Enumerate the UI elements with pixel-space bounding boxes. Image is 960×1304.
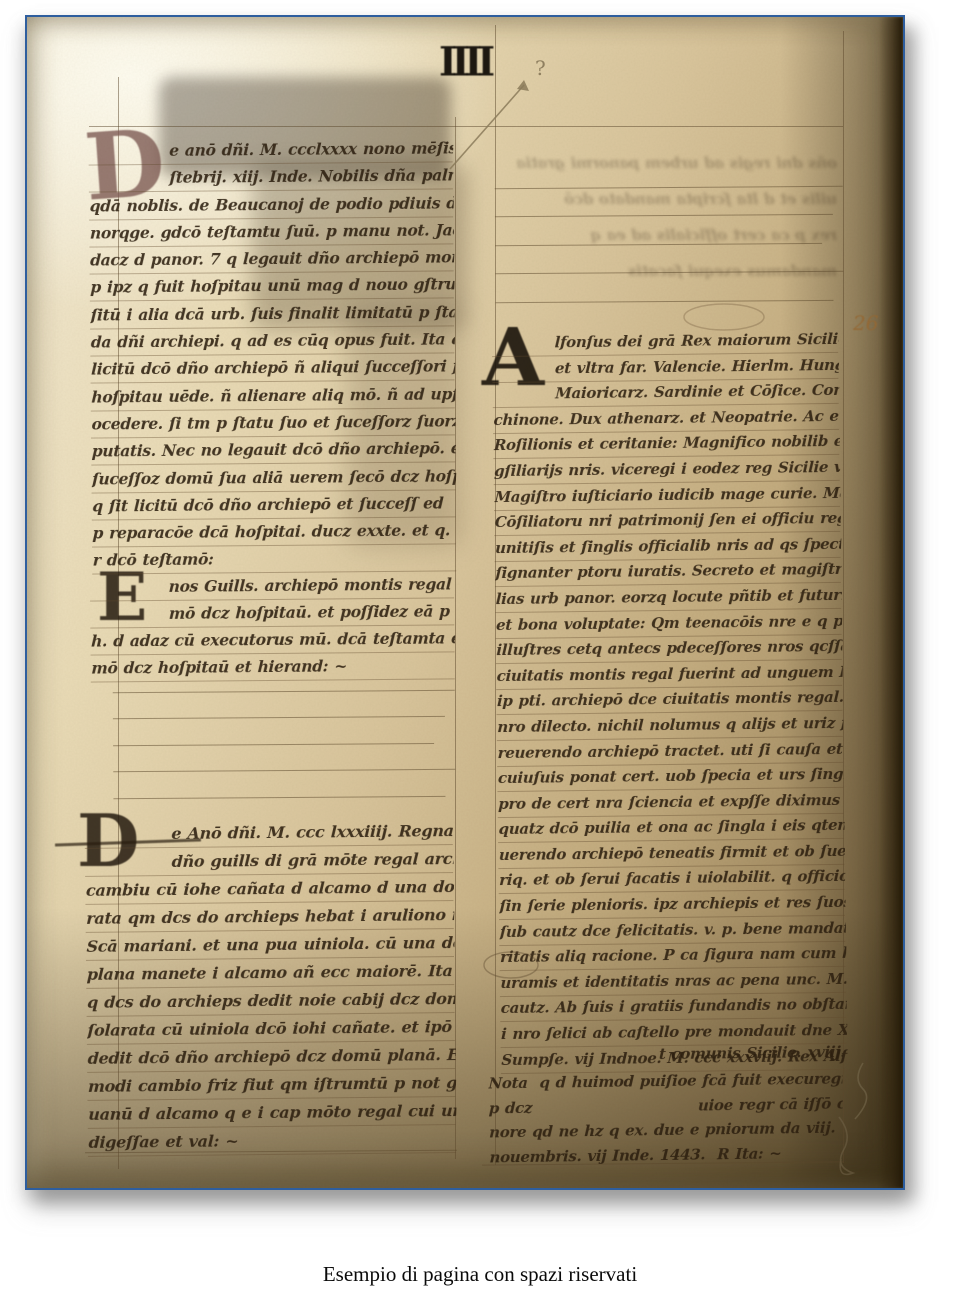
script-line: plana manete i alcamo añ ecc maiorē. Ita… xyxy=(86,957,455,989)
script-line: lias urb panor. eorzq locute pñtib et fu… xyxy=(495,583,842,613)
script-line: dño guills di grā mōte regal archieps fe… xyxy=(85,845,454,877)
reserved-blank-line xyxy=(113,717,435,746)
script-line: h. d adaz cū executorus mū. dcā teſtamta… xyxy=(91,625,456,655)
arrow-icon xyxy=(517,80,529,91)
reserved-blank-line xyxy=(495,243,843,274)
script-line: modi cambio friz fiut qm iſtrumtū p not … xyxy=(87,1069,456,1101)
right-column-nota-block: Nota q d huimod puiſioe fcā fuit execure… xyxy=(488,1067,843,1170)
script-line: p reparacōe dcā hoſpitai. ducz exxte. et… xyxy=(92,518,457,548)
script-line: q ſit licitū dcō dño archiepō et ſucceſſ… xyxy=(92,490,457,520)
reserved-blank-line xyxy=(495,186,833,217)
reserved-blank-line xyxy=(113,743,455,772)
script-line: Scā mariani. et una pua uiniola. cū una … xyxy=(86,929,455,961)
left-column-reserved-space xyxy=(113,664,456,799)
script-line: e Anō dñi. M. ccc lxxxiiij. Regnand pa xyxy=(85,817,454,849)
script-line: ocedere. ſi tm p ſtatu ſuo et ſuceſſorz … xyxy=(91,408,456,438)
script-line: qdā noblis. de Beaucanoj de podio pdiuis… xyxy=(89,190,454,220)
script-line: ſuceſſoz domū ſua aliā uerem ſecō dcz ho… xyxy=(91,463,456,493)
script-line: nos Guills. archiepō montis regal recepi xyxy=(90,571,455,601)
left-column-entry-1: e anō dñi. M. ccclxxxx nono mēſisſtebrij… xyxy=(89,135,457,575)
script-line: mō dcz hoſpitaū. et poſſidez eā p manū n… xyxy=(90,598,455,628)
margin-document-number: 26 xyxy=(853,311,878,335)
manuscript-photo-frame: IIII 26 D E D A e anō dñi. M. ccclxxxx n… xyxy=(25,15,905,1190)
left-column-entry-3: e Anō dñi. M. ccc lxxxiiij. Regnand padñ… xyxy=(85,817,456,1157)
script-line: nouembris. vij Inde. 1443. R Ita: ~ xyxy=(489,1140,844,1169)
reserved-blank-line xyxy=(113,770,445,799)
script-line: nro dilecto. nichil nolumus q alijs et u… xyxy=(497,711,844,741)
reserved-blank-line xyxy=(495,215,822,246)
script-line: p ipz q fuit hoſpitau unū mag d nouo gſt… xyxy=(90,272,455,302)
script-line: ſin ſerie plenioris. ipz archiepis et re… xyxy=(499,890,846,920)
script-line: ſitū i alia dcā urb. ſuis finalit limita… xyxy=(90,299,455,329)
script-line: licitū dcō dño archiepō ñ aliqui ſucceſſ… xyxy=(91,354,456,384)
script-line: t comunis Sicilie. xviij. xyxy=(497,1041,844,1067)
ruling-top-line xyxy=(89,126,843,127)
right-column-royal-privilege-entry: lfonſus dei grā Rex maiorum Sicilie citr… xyxy=(492,327,847,1073)
script-line: Cōſiliatoru nri patrimonij ſen ei offici… xyxy=(494,506,841,536)
script-line: q dcs do archieps dedit noie cabij dcz d… xyxy=(87,985,456,1017)
script-line: hoſpitau uēde. ñ alienare aliq mō. ñ ad … xyxy=(91,381,456,411)
script-line: cuiuſuis ponat cert. uob ſpecia et urs ſ… xyxy=(497,762,844,792)
pencil-flourish xyxy=(855,1063,867,1119)
script-line: dedit dcō dño archiepō dcz domū planā. E… xyxy=(87,1041,456,1073)
script-line: uanū d alcamo q e i cap mōto regal cui u… xyxy=(88,1097,457,1129)
script-line: dacz d panor. 7 q legauit dño archiepō m… xyxy=(90,245,455,275)
script-line: putatis. Nec no legauit dcō dño archiepō… xyxy=(91,436,456,466)
reserved-blank-line xyxy=(495,158,843,189)
script-line: ritatis aliq racione. P ca ſigura nam cu… xyxy=(500,941,847,971)
right-column-reserved-space xyxy=(495,158,844,303)
script-line: r dcō teſtamō: xyxy=(92,545,457,575)
script-line: lfonſus dei grā Rex maiorum Sicilie citr xyxy=(492,327,839,357)
script-line: da dñi archiepi. q ad es cūq opus fuit. … xyxy=(90,326,455,356)
reserved-blank-line xyxy=(495,272,833,303)
right-column-subscription-line: t comunis Sicilie. xviij. xyxy=(497,1041,843,1067)
reserved-blank-line xyxy=(113,690,445,719)
script-line: gſiliarijs nris. viceregi i eodez reg Si… xyxy=(494,455,841,485)
page-edge-shadow xyxy=(879,17,903,1188)
script-line: norqge. gdcō teſtamtu ſuū. p manu not. J… xyxy=(89,217,454,247)
script-line: digeſſae et val: ~ xyxy=(88,1125,457,1157)
script-line: rata qm dcs do archieps hebat i aruliono… xyxy=(86,901,455,933)
script-line: ſolarata cū uiniola dcō iohi cañate. et … xyxy=(87,1013,456,1045)
caption: Esempio di pagina con spazi riservati xyxy=(0,1262,960,1287)
question-mark-annotation: ? xyxy=(535,56,546,80)
script-line: Maioricarz. Sardinie et Cōſice. Comes. B… xyxy=(493,378,840,408)
script-line: e anō dñi. M. ccclxxxx nono mēſis xyxy=(89,135,454,165)
script-line: ſtebrij. xiij. Inde. Nobilis dña palma r… xyxy=(89,163,454,193)
script-line: illuſtres cetq antecs pdeceſſores nros q… xyxy=(496,634,843,664)
script-line: cambiu cū iohe cañata d alcamo d una dom… xyxy=(85,873,454,905)
manuscript-photo: IIII 26 D E D A e anō dñi. M. ccclxxxx n… xyxy=(27,17,903,1188)
folio-number: IIII xyxy=(439,38,490,85)
reserved-blank-line xyxy=(113,664,455,693)
